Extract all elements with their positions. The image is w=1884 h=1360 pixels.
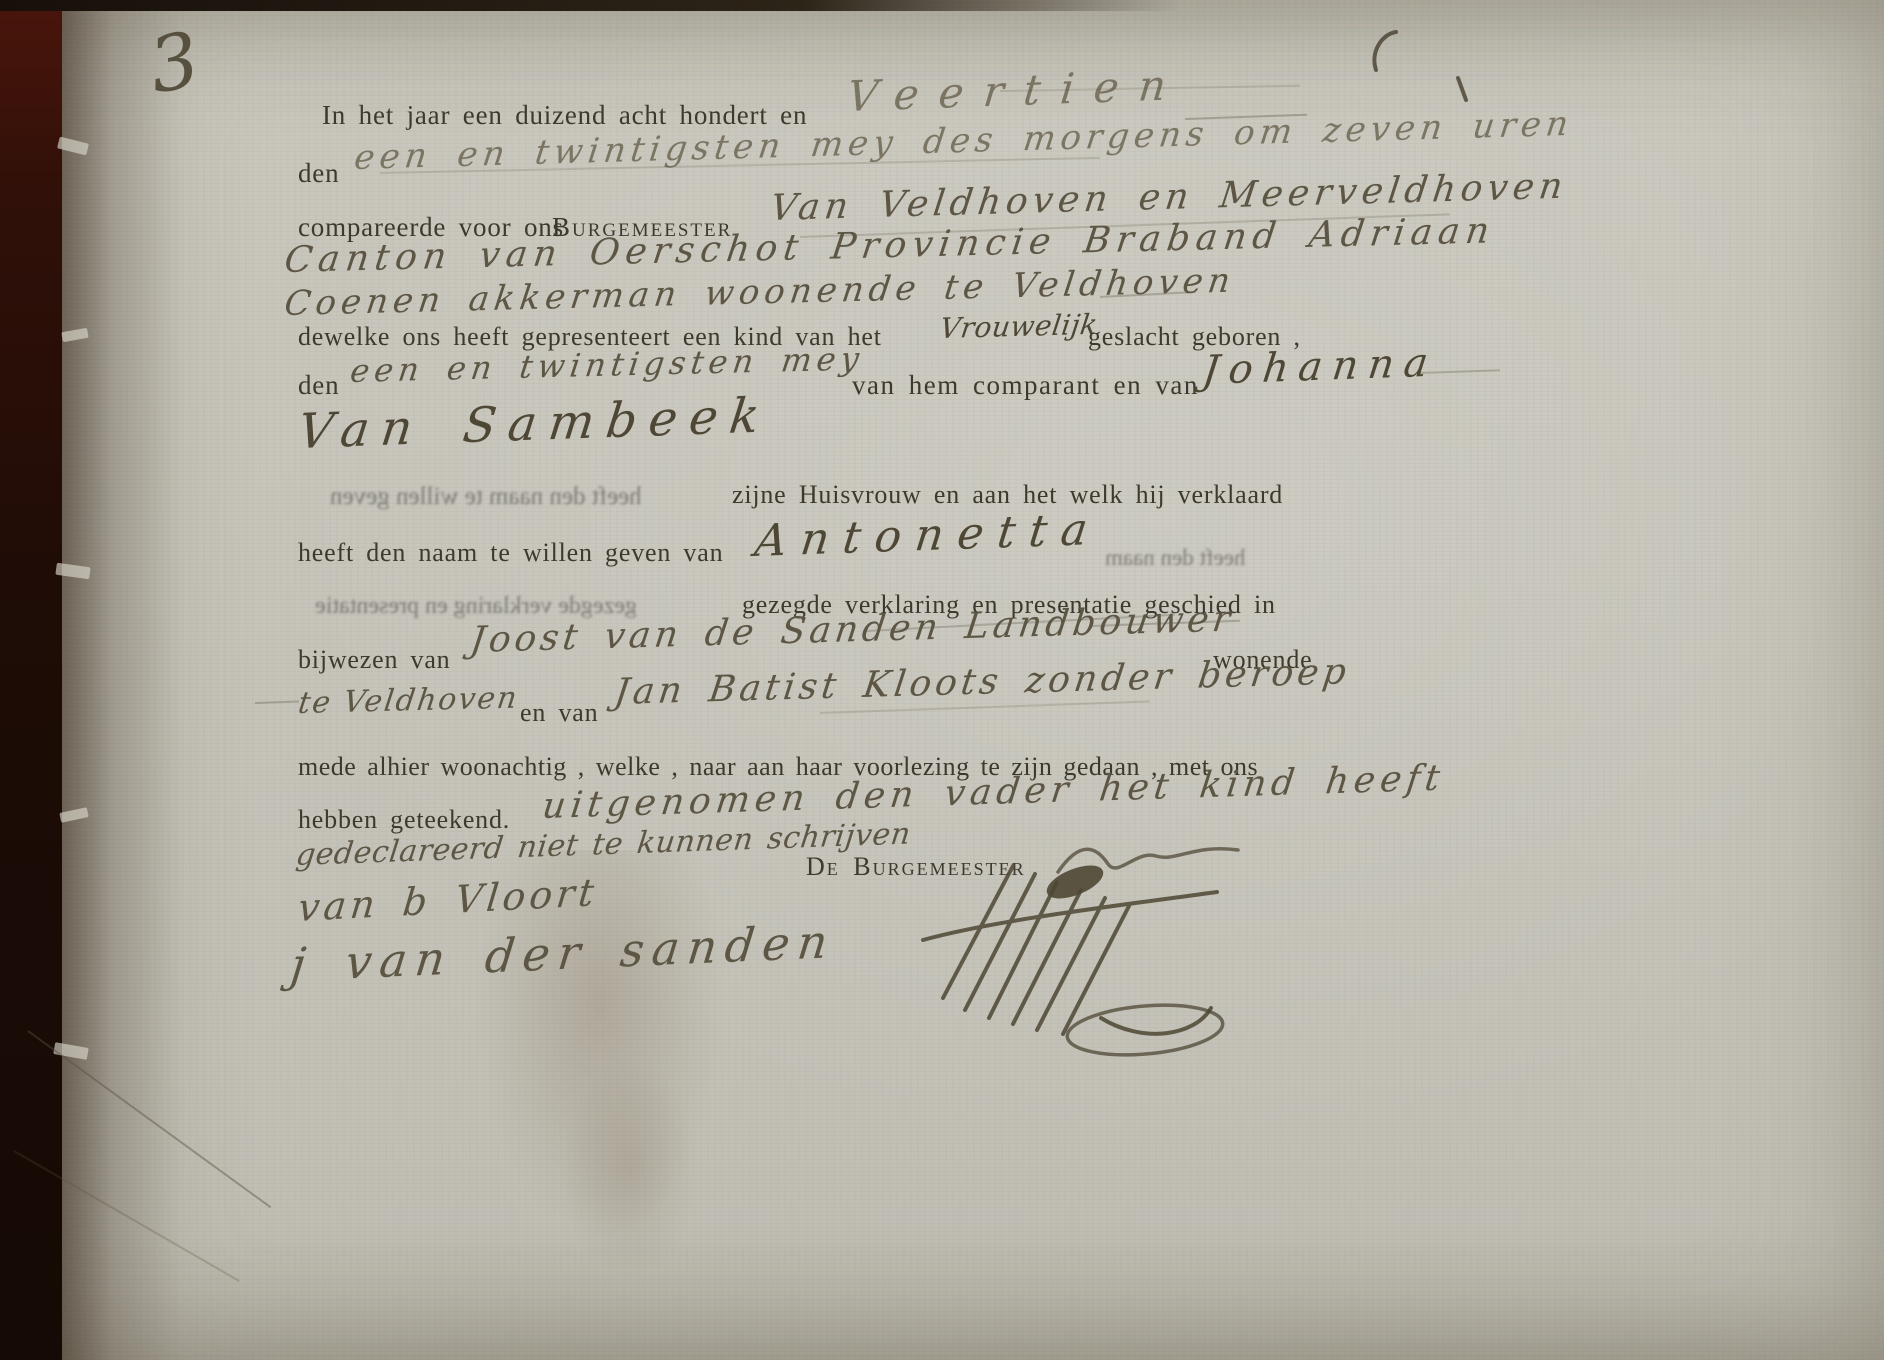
pen-mark [1362,24,1482,108]
printed-text: bijwezen van [298,645,450,675]
bleedthrough-text: heeft den naam te willen geven [330,483,642,511]
printed-text: den [298,370,339,401]
printed-text: hebben geteekend. [298,805,510,835]
handwritten-mother-first: Johanna [1200,340,1441,394]
handwritten-gender: Vrouwelijk [938,308,1100,345]
printed-text: den [298,158,339,189]
printed-text: van hem comparant en van [852,370,1199,401]
scanned-register-page: 3 In het jaar een duizend acht hondert e… [0,0,1884,1360]
printed-text: en van [520,698,598,728]
burgemeester-signature-scrawl [905,848,1235,1058]
printed-text: zijne Huisvrouw en aan het welk hij verk… [732,480,1283,510]
page-top-edge [0,0,1180,11]
scan-background-strip [0,0,62,1360]
printed-text: heeft den naam te willen geven van [298,538,723,568]
handwritten-witness1-place: te Veldhoven [296,680,521,721]
torn-edge-shadow [62,0,182,1360]
bleedthrough-text: heeft den naam [1105,545,1245,571]
